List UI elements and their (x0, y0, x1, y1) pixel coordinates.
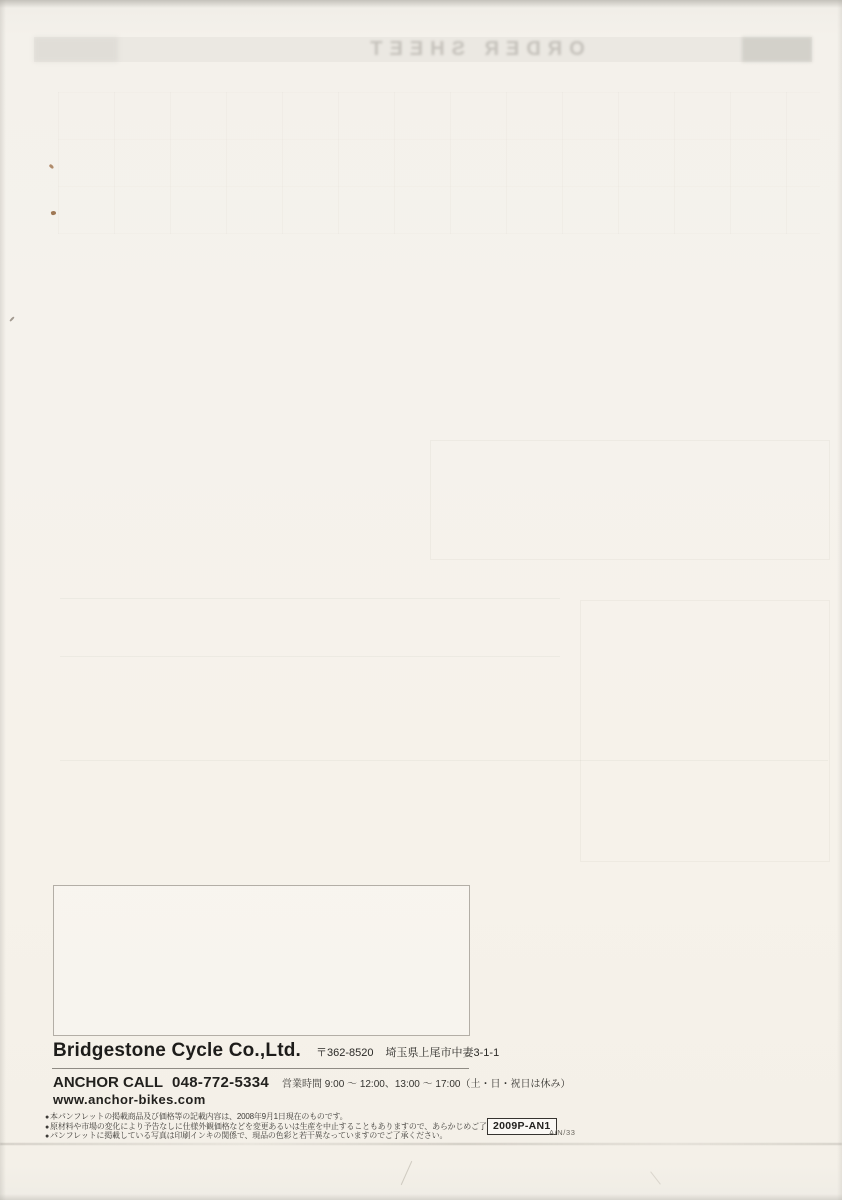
anchor-call-label: ANCHOR CALL (53, 1074, 163, 1091)
company-address: 埼玉県上尾市中妻3-1-1 (386, 1044, 500, 1060)
catalog-code-box: 2009P-AN1 (487, 1118, 557, 1135)
paper-edge-left (0, 0, 6, 1200)
contact-row: ANCHOR CALL 048-772-5334 営業時間 9:00 ～ 12:… (53, 1074, 570, 1091)
website-url: www.anchor-bikes.com (53, 1092, 206, 1107)
paper-stain (51, 210, 57, 215)
bleed-through-line (60, 598, 560, 599)
dealer-stamp-box (53, 885, 470, 1036)
publisher-row: Bridgestone Cycle Co.,Ltd. 〒362-8520 埼玉県… (53, 1040, 499, 1062)
paper-edge-right (837, 0, 842, 1200)
bleed-through-bottom-line (0, 1143, 842, 1145)
business-hours: 営業時間 9:00 ～ 12:00、13:00 ～ 17:00（土・日・祝日は休… (282, 1075, 570, 1090)
phone-number: 048-772-5334 (172, 1074, 269, 1091)
catalog-back-cover: ORDER SHEET Bridgestone Cycle Co.,Ltd. 〒… (0, 0, 842, 1200)
postal-code: 〒362-8520 (316, 1044, 374, 1060)
paper-edge-top (0, 0, 842, 8)
bleed-through-line (60, 760, 828, 761)
bleed-through-block-left (34, 37, 118, 62)
bleed-through-box (430, 440, 830, 560)
bleed-through-grid (58, 92, 820, 234)
press-code: A/N/33 (549, 1128, 576, 1137)
fine-print-notes: 本パンフレットの掲載商品及び価格等の記載内容は、2008年9月1日現在のものです… (45, 1113, 465, 1142)
bleed-through-header-band: ORDER SHEET (34, 37, 812, 62)
bleed-through-header-text: ORDER SHEET (194, 38, 754, 61)
paper-stain (49, 164, 55, 169)
bleed-through-box (580, 600, 830, 862)
paper-scratch (650, 1171, 661, 1184)
company-name: Bridgestone Cycle Co.,Ltd. (53, 1040, 301, 1062)
note-line: パンフレットに掲載している写真は印刷インキの関係で、現品の色彩と若干異なっていま… (45, 1132, 465, 1142)
bleed-through-line (60, 656, 560, 657)
paper-stain (9, 316, 15, 322)
paper-scratch (401, 1161, 412, 1185)
footer-divider (52, 1068, 469, 1069)
paper-edge-bottom (0, 1194, 842, 1200)
